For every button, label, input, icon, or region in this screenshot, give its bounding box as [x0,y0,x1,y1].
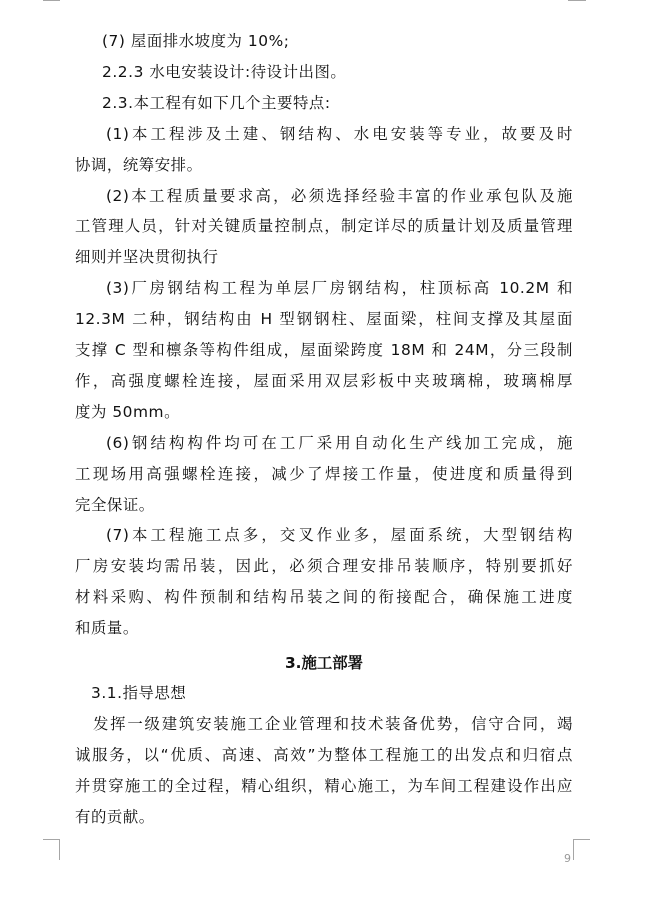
text-line: (7) 屋面排水坡度为 10%; [75,26,573,56]
text-line: 度为 50mm。 [75,397,573,427]
corner-mark-top-left [43,0,60,1]
text-line: 材料采购、构件预制和结构吊装之间的衔接配合，确保施工进度 [75,582,573,612]
text-line: 厂房安装均需吊装，因此，必须合理安排吊装顺序，特别要抓好 [75,551,573,581]
section-heading: 3.施工部署 [75,648,573,678]
text-line: 有的贡献。 [75,802,573,832]
text-line: 作，高强度螺栓连接，屋面采用双层彩板中夹玻璃棉，玻璃棉厚 [75,366,573,396]
document-page: (7) 屋面排水坡度为 10%;2.2.3 水电安装设计:待设计出图。2.3.本… [0,0,659,924]
page-number: 9 [564,852,571,865]
text-line: 2.2.3 水电安装设计:待设计出图。 [75,57,573,87]
text-line: 3.1.指导思想 [75,678,573,708]
text-line: 细则并坚决贯彻执行 [75,242,573,272]
text-line: (6)钢结构构件均可在工厂采用自动化生产线加工完成，施 [75,428,573,458]
text-line: 协调，统筹安排。 [75,150,573,180]
text-line: 工管理人员，针对关键质量控制点，制定详尽的质量计划及质量管理 [75,211,573,241]
text-line: (7)本工程施工点多，交叉作业多，屋面系统，大型钢结构 [75,520,573,550]
corner-mark-top-right [568,0,586,1]
text-line: 12.3M 二种，钢结构由 H 型钢钢柱、屋面梁，柱间支撑及其屋面 [75,304,573,334]
text-line: (3)厂房钢结构工程为单层厂房钢结构，柱顶标高 10.2M 和 [75,273,573,303]
corner-mark-bottom-left-v [59,839,60,860]
text-line: 诚服务，以“优质、高速、高效”为整体工程施工的出发点和归宿点 [75,740,573,770]
corner-mark-bottom-right-v [573,839,574,860]
text-line: 2.3.本工程有如下几个主要特点: [75,88,573,118]
corner-mark-bottom-right-h [573,839,590,840]
text-line: (1)本工程涉及土建、钢结构、水电安装等专业，故要及时 [75,119,573,149]
text-line: 和质量。 [75,613,573,643]
text-line: 工现场用高强螺栓连接，减少了焊接工作量，使进度和质量得到 [75,459,573,489]
text-line: (2)本工程质量要求高，必须选择经验丰富的作业承包队及施 [75,181,573,211]
text-line: 支撑 C 型和檩条等构件组成，屋面梁跨度 18M 和 24M，分三段制 [75,335,573,365]
text-line: 完全保证。 [75,490,573,520]
text-line: 发挥一级建筑安装施工企业管理和技术装备优势，信守合同，竭 [75,709,573,739]
text-line: 并贯穿施工的全过程，精心组织，精心施工，为车间工程建设作出应 [75,771,573,801]
corner-mark-bottom-left-h [43,839,59,840]
